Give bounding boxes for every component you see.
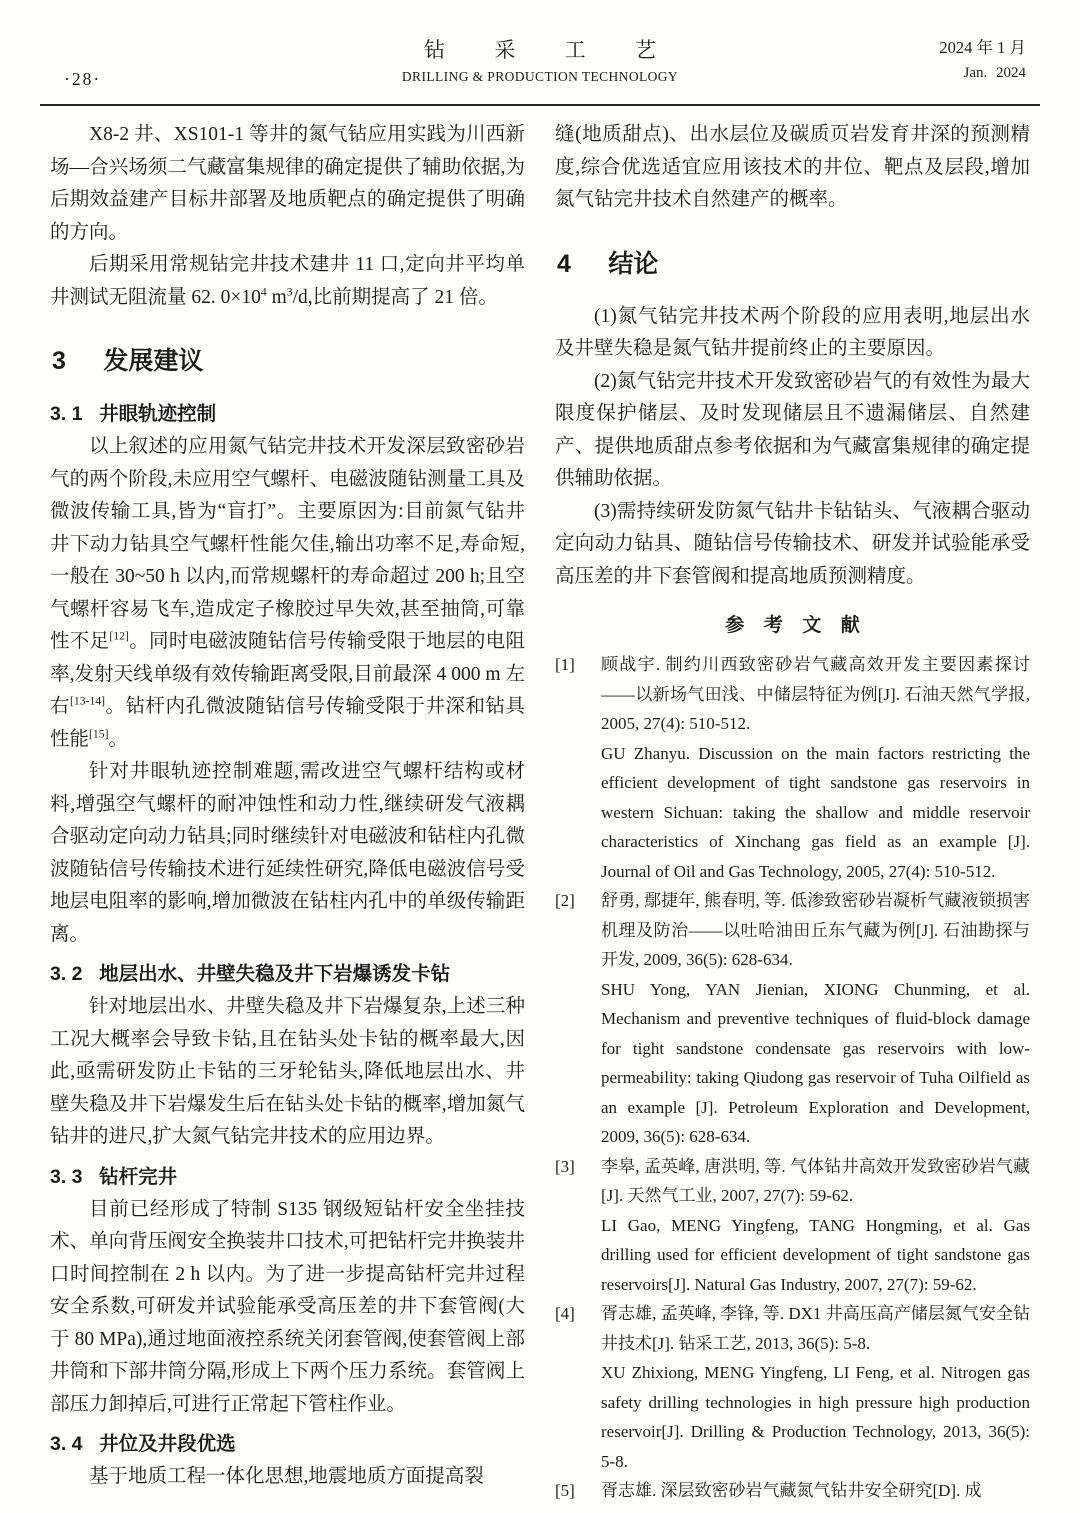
section-title: 发展建议 [103,347,203,375]
reference-text-cn: 李皋, 孟英峰, 唐洪明, 等. 气体钻井高效开发致密砂岩气藏[J]. 天然气工… [601,1152,1030,1211]
issue-date-en: Jan. 2024 [939,65,1026,82]
subsection-number: 3. 1 [50,403,83,425]
reference-number: [3] [555,1152,601,1300]
subsection-number: 3. 3 [50,1166,83,1188]
reference-number: [2] [555,886,601,1152]
paragraph: 后期采用常规钻完井技术建井 11 口,定向井平均单井测试无阻流量 62. 0×1… [50,249,525,314]
reference-text-en: XU Zhixiong, MENG Yingfeng, LI Feng, et … [601,1358,1030,1476]
subsection-heading-3-1: 3. 1井眼轨迹控制 [50,398,525,426]
journal-title-cn: 钻 采 工 艺 [50,34,1030,64]
subsection-heading-3-4: 3. 4井位及井段优选 [50,1428,525,1456]
subsection-heading-3-3: 3. 3钻杆完井 [50,1161,525,1189]
reference-item: [1] 顾战宇. 制约川西致密砂岩气藏高效开发主要因素探讨——以新场气田浅、中储… [555,650,1030,886]
reference-text-cn: 顾战宇. 制约川西致密砂岩气藏高效开发主要因素探讨——以新场气田浅、中储层特征为… [601,650,1030,739]
reference-item: [5] 胥志雄. 深层致密砂岩气藏氮气钻井安全研究[D]. 成 [555,1476,1030,1506]
subsection-number: 3. 4 [50,1433,83,1455]
journal-page: ·28· 钻 采 工 艺 DRILLING & PRODUCTION TECHN… [0,0,1080,1513]
reference-number: [1] [555,650,601,886]
subsection-title: 钻杆完井 [99,1166,177,1188]
conclusion-item-1: (1)氮气钻完井技术两个阶段的应用表明,地层出水及井壁失稳是氮气钻井提前终止的主… [555,301,1030,366]
issue-date-cn: 2024 年 1 月 [939,34,1026,58]
section-number: 3 [52,347,66,375]
subsection-heading-3-2: 3. 2地层出水、井壁失稳及井下岩爆诱发卡钻 [50,958,525,986]
reference-text-cn: 胥志雄, 孟英峰, 李锋, 等. DX1 井高压高产储层氮气安全钻井技术[J].… [601,1299,1030,1358]
left-column: X8-2 井、XS101-1 等井的氮气钻应用实践为川西新场—合兴场须二气藏富集… [50,119,525,1506]
reference-text-cn: 胥志雄. 深层致密砂岩气藏氮气钻井安全研究[D]. 成 [601,1476,1030,1506]
subsection-number: 3. 2 [50,963,83,985]
reference-text-en: SHU Yong, YAN Jienian, XIONG Chunming, e… [601,975,1030,1152]
reference-item: [2] 舒勇, 鄢捷年, 熊春明, 等. 低渗致密砂岩凝析气藏液锁损害机理及防治… [555,886,1030,1152]
paragraph: 针对井眼轨迹控制难题,需改进空气螺杆结构或材料,增强空气螺杆的耐冲蚀性和动力性,… [50,756,525,951]
header-divider [40,104,1040,106]
reference-text-en: LI Gao, MENG Yingfeng, TANG Hongming, et… [601,1211,1030,1300]
subsection-title: 井眼轨迹控制 [99,403,216,425]
reference-text-en: GU Zhanyu. Discussion on the main factor… [601,739,1030,887]
issue-date: 2024 年 1 月 Jan. 2024 [939,34,1026,82]
page-header: ·28· 钻 采 工 艺 DRILLING & PRODUCTION TECHN… [50,34,1030,96]
reference-number: [4] [555,1299,601,1476]
references-heading: 参 考 文 献 [555,610,1030,637]
section-heading-3: 3发展建议 [52,341,525,377]
right-column: 缝(地质甜点)、出水层位及碳质页岩发育井深的预测精度,综合优选适宜应用该技术的井… [555,119,1030,1506]
article-body: X8-2 井、XS101-1 等井的氮气钻应用实践为川西新场—合兴场须二气藏富集… [50,119,1030,1506]
paragraph: 针对地层出水、井壁失稳及井下岩爆复杂,上述三种工况大概率会导致卡钻,且在钻头处卡… [50,991,525,1154]
conclusion-item-2: (2)氮气钻完井技术开发致密砂岩气的有效性为最大限度保护储层、及时发现储层且不遗… [555,366,1030,496]
conclusion-item-3: (3)需持续研发防氮气钻井卡钻钻头、气液耦合驱动定向动力钻具、随钻信号传输技术、… [555,496,1030,594]
section-title: 结论 [608,250,658,278]
reference-item: [3] 李皋, 孟英峰, 唐洪明, 等. 气体钻井高效开发致密砂岩气藏[J]. … [555,1152,1030,1300]
paragraph: 以上叙述的应用氮气钻完井技术开发深层致密砂岩气的两个阶段,未应用空气螺杆、电磁波… [50,431,525,756]
journal-title-en: DRILLING & PRODUCTION TECHNOLOGY [50,69,1030,85]
subsection-title: 井位及井段优选 [99,1433,236,1455]
journal-masthead: 钻 采 工 艺 DRILLING & PRODUCTION TECHNOLOGY [50,34,1030,85]
section-number: 4 [557,250,571,278]
paragraph-continuation: 缝(地质甜点)、出水层位及碳质页岩发育井深的预测精度,综合优选适宜应用该技术的井… [555,119,1030,217]
section-heading-4: 4结论 [557,244,1030,280]
paragraph: 基于地质工程一体化思想,地震地质方面提高裂 [50,1461,525,1494]
reference-number: [5] [555,1476,601,1506]
subsection-title: 地层出水、井壁失稳及井下岩爆诱发卡钻 [99,963,450,985]
reference-text-cn: 舒勇, 鄢捷年, 熊春明, 等. 低渗致密砂岩凝析气藏液锁损害机理及防治——以吐… [601,886,1030,975]
reference-item: [4] 胥志雄, 孟英峰, 李锋, 等. DX1 井高压高产储层氮气安全钻井技术… [555,1299,1030,1476]
paragraph: X8-2 井、XS101-1 等井的氮气钻应用实践为川西新场—合兴场须二气藏富集… [50,119,525,249]
paragraph: 目前已经形成了特制 S135 钢级短钻杆安全坐挂技术、单向背压阀安全换装井口技术… [50,1194,525,1422]
